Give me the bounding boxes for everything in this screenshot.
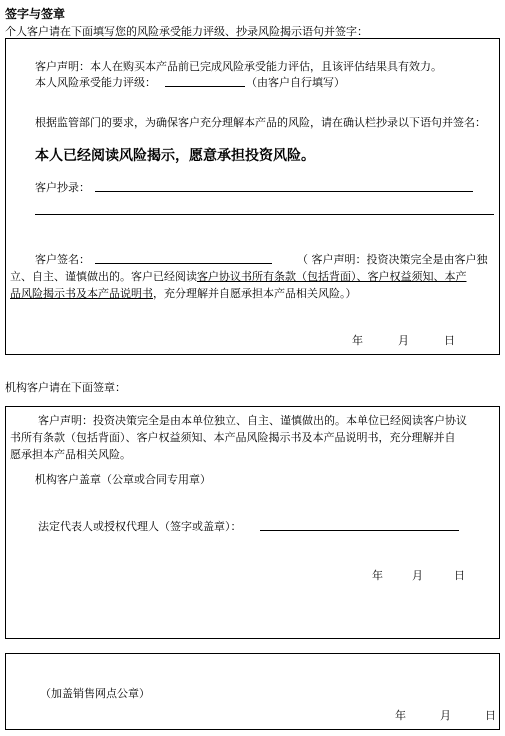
individual-date: 年月日 <box>352 332 455 348</box>
institution-declaration-line-2: 书所有条款（包括背面）、客户权益须知、本产品风险揭示书及本产品说明书，充分理解并… <box>10 429 456 445</box>
copy-field-line-1[interactable] <box>95 191 473 192</box>
representative-label: 法定代表人或授权代理人（签字或盖章）： <box>38 518 242 534</box>
signature-field[interactable] <box>95 263 272 264</box>
declaration-underlined-text: 品风险揭示书及本产品说明书 <box>10 287 153 300</box>
section-title: 签字与签章 <box>5 5 65 22</box>
regulatory-instruction: 根据监管部门的要求，为确保客户充分理解本产品的风险，请在确认栏抄录以下语句并签名… <box>35 114 486 130</box>
declaration-underlined-text: 客户协议书所有条款（包括背面）、客户权益须知、本产 <box>197 270 467 283</box>
date-month: 月 <box>440 707 485 723</box>
risk-statement: 本人已经阅读风险揭示，愿意承担投资风险。 <box>35 145 315 165</box>
signature-label: 客户签名： <box>35 251 90 267</box>
individual-intro: 个人客户请在下面填写您的风险承受能力评级、抄录风险揭示语句并签字： <box>5 23 368 39</box>
sales-outlet-seal-label: （加盖销售网点公章） <box>40 685 150 701</box>
declaration-text: ，充分理解并自愿承担本产品相关风险。） <box>153 287 357 300</box>
date-day: 日 <box>485 707 496 723</box>
copy-field-line-2[interactable] <box>35 214 494 215</box>
risk-rating-label: 本人风险承受能力评级： <box>35 74 156 90</box>
representative-field[interactable] <box>260 530 459 531</box>
risk-rating-field[interactable] <box>165 86 245 87</box>
sales-outlet-date: 年月日 <box>395 707 496 723</box>
institution-date: 年月日 <box>372 567 465 583</box>
date-month: 月 <box>412 567 454 583</box>
date-day: 日 <box>444 332 455 348</box>
date-year: 年 <box>395 707 440 723</box>
date-year: 年 <box>352 332 398 348</box>
institution-seal-label: 机构客户盖章（公章或合同专用章） <box>35 471 211 487</box>
declaration-text: 立、自主、谨慎做出的。客户已经阅读 <box>10 270 197 283</box>
institution-declaration-line-1: 客户声明：投资决策完全是由本单位独立、自主、谨慎做出的。本单位已经阅读客户协议 <box>38 412 467 428</box>
declaration-line-2: 立、自主、谨慎做出的。客户已经阅读客户协议书所有条款（包括背面）、客户权益须知、… <box>10 268 467 284</box>
declaration-line-1: （ 客户声明：投资决策完全是由客户独 <box>297 251 488 267</box>
individual-declaration: 客户声明：本人在购买本产品前已完成风险承受能力评估，且该评估结果具有效力。 <box>35 58 442 74</box>
risk-rating-note: （由客户自行填写） <box>246 74 345 90</box>
institution-declaration-line-3: 愿承担本产品相关风险。 <box>10 446 131 462</box>
copy-label: 客户抄录： <box>35 179 90 195</box>
date-year: 年 <box>372 567 412 583</box>
declaration-line-3: 品风险揭示书及本产品说明书，充分理解并自愿承担本产品相关风险。） <box>10 285 357 301</box>
date-day: 日 <box>454 567 465 583</box>
institution-intro: 机构客户请在下面签章： <box>5 379 126 395</box>
date-month: 月 <box>398 332 444 348</box>
